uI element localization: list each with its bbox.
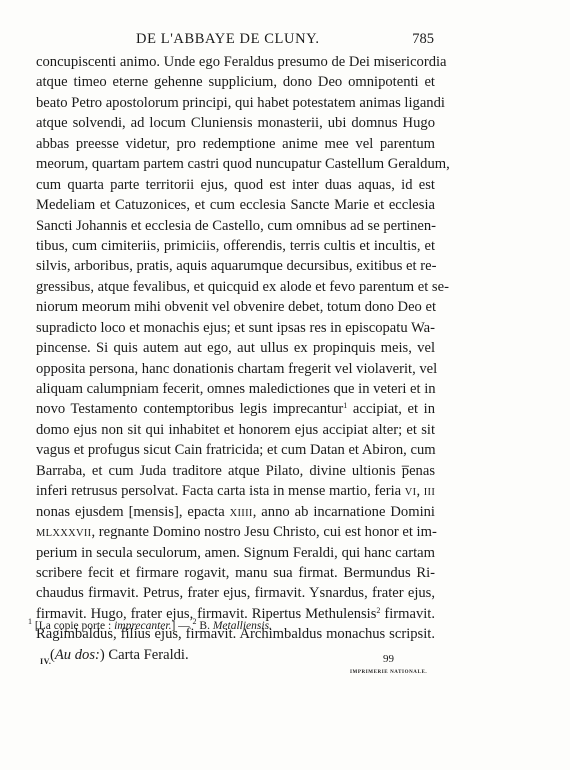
text-line: domo ejus non sit qui inhabitet et honor… [36, 420, 435, 440]
text-fragment: inferi retrusus persolvat. Facta carta i… [36, 483, 405, 499]
text-line: supradicto loco et monachis ejus; et sun… [36, 318, 435, 338]
text-line: silvis, arboribus, pratis, aquis aquarum… [36, 256, 435, 276]
footnote-text: B. [197, 620, 213, 632]
text-line: atque timeo eterne gehenne supplicium, d… [36, 72, 435, 92]
text-line: Sancti Johannis et ecclesia de Castello,… [36, 216, 435, 236]
sheet-number: 99 [383, 653, 394, 665]
roman-numeral: mlxxxvii [36, 528, 91, 539]
footnote-text: ] — [171, 620, 192, 632]
text-line: Barraba, et cum Juda traditore atque Pil… [36, 461, 435, 481]
text-fragment: , anno ab incarnatione Domini [253, 504, 435, 520]
text-line: vagus et profugus sicut Cain fratricida;… [36, 440, 435, 460]
text-line: inferi retrusus persolvat. Facta carta i… [36, 481, 435, 501]
text-line: niorum meorum mihi obvenit vel obvenire … [36, 297, 435, 317]
footnote-italic: imprecanter. [114, 620, 171, 632]
footnote-text: [La copie porte : [32, 620, 114, 632]
endorsement-line: (Au dos:) Carta Feraldi. [36, 645, 435, 665]
text-line: beato Petro apostolorum principi, qui ha… [36, 93, 435, 113]
text-line: concupiscenti animo. Unde ego Feraldus p… [36, 52, 435, 72]
text-fragment: , regnante Domino nostro Jesu Christo, c… [91, 524, 436, 540]
text-line: pincense. Si quis autem aut ego, aut ull… [36, 338, 435, 358]
printer-imprint: IMPRIMERIE NATIONALE. [350, 670, 427, 675]
text-line: Medeliam et Catuzonices, et cum ecclesia… [36, 195, 435, 215]
text-line: atque solvendi, ad locum Cluniensis mona… [36, 113, 435, 133]
running-title: DE L'ABBAYE DE CLUNY. [136, 31, 320, 48]
text-line: gressibus, atque fevalibus, et quicquid … [36, 277, 435, 297]
text-line: opposita persona, hanc donationis charta… [36, 359, 435, 379]
text-fragment: , [416, 483, 423, 499]
text-line: novo Testamento contemptoribus legis imp… [36, 399, 435, 419]
page-number: 785 [412, 31, 434, 48]
running-head: DE L'ABBAYE DE CLUNY. 785 [36, 31, 436, 51]
text-line: perium in secula seculorum, amen. Signum… [36, 543, 435, 563]
text-fragment: accipiat, et in [347, 401, 435, 417]
roman-numeral: iii [424, 487, 435, 498]
text-line: nonas ejusdem [mensis], epacta xiiii, an… [36, 502, 435, 522]
text-line: scribere fecit et firmare rogavit, manu … [36, 563, 435, 583]
signature-mark: IV. [40, 657, 51, 666]
text-line: meorum, quartam partem castri quod nuncu… [36, 154, 435, 174]
text-fragment: nonas ejusdem [mensis], epacta [36, 504, 230, 520]
footnote-italic: Metalliensis. [213, 620, 272, 632]
text-line: chaudus firmavit. Petrus, frater ejus, f… [36, 583, 435, 603]
text-line: mlxxxvii, regnante Domino nostro Jesu Ch… [36, 522, 435, 542]
text-line: abbas preesse videtur, pro redemptione a… [36, 134, 435, 154]
endorsement-label: Au dos: [55, 647, 100, 663]
roman-numeral: vi [405, 487, 417, 498]
text-line: aliquam calumpniam fecerit, omnes maledi… [36, 379, 435, 399]
text-line: cum quarta parte territorii ejus, quod e… [36, 175, 435, 195]
charter-text: concupiscenti animo. Unde ego Feraldus p… [36, 52, 435, 665]
text-fragment: ) Carta Feraldi. [100, 647, 189, 663]
text-fragment: novo Testamento contemptoribus legis imp… [36, 401, 343, 417]
text-line: tibus, cum cimiteriis, primiciis, offere… [36, 236, 435, 256]
footnotes: 1 [La copie porte : imprecanter.] — 2 B.… [28, 620, 448, 632]
roman-numeral: xiiii [230, 508, 253, 519]
